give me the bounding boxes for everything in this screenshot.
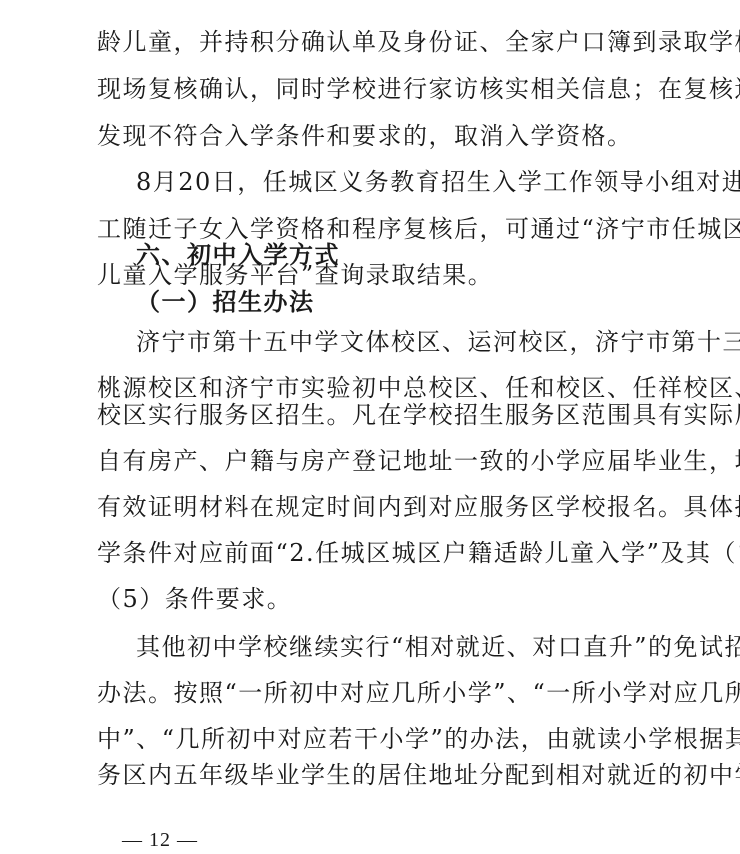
- paragraph-line: 济宁市第十五中学文体校区、运河校区，济宁市第十三中学: [136, 327, 645, 357]
- paragraph-line: 务区内五年级毕业学生的居住地址分配到相对就近的初中学校: [97, 760, 645, 790]
- paragraph-line: （5）条件要求。: [97, 584, 645, 614]
- paragraph-line: 桃源校区和济宁市实验初中总校区、任和校区、任祥校区、任贤: [97, 373, 645, 403]
- paragraph-line: 发现不符合入学条件和要求的，取消入学资格。: [97, 121, 645, 151]
- paragraph-line: 有效证明材料在规定时间内到对应服务区学校报名。具体招生入: [97, 492, 645, 522]
- paragraph-line: 自有房产、户籍与房产登记地址一致的小学应届毕业生，均可持: [97, 446, 645, 476]
- paragraph-line: 学条件对应前面“2.任城区城区户籍适龄儿童入学”及其（1）至: [97, 538, 645, 568]
- paragraph-line: 中”、“几所初中对应若干小学”的办法，由就读小学根据其服: [97, 724, 645, 754]
- page-number: — 12 —: [122, 828, 198, 852]
- paragraph-line: 其他初中学校继续实行“相对就近、对口直升”的免试招生: [136, 632, 645, 662]
- paragraph-line: 龄儿童，并持积分确认单及身份证、全家户口簿到录取学校进行: [97, 27, 645, 57]
- paragraph-line: 8月20日，任城区义务教育招生入学工作领导小组对进城务: [136, 167, 645, 197]
- paragraph-line: 校区实行服务区招生。凡在学校招生服务区范围具有实际居住的: [97, 400, 645, 430]
- section-heading: 六、初中入学方式: [136, 240, 645, 270]
- subsection-heading: （一）招生办法: [136, 287, 645, 317]
- document-page: 龄儿童，并持积分确认单及身份证、全家户口簿到录取学校进行 现场复核确认，同时学校…: [0, 0, 740, 854]
- paragraph-line: 现场复核确认，同时学校进行家访核实相关信息；在复核过程中，: [97, 74, 645, 104]
- paragraph-line: 办法。按照“一所初中对应几所小学”、“一所小学对应几所初: [97, 678, 645, 708]
